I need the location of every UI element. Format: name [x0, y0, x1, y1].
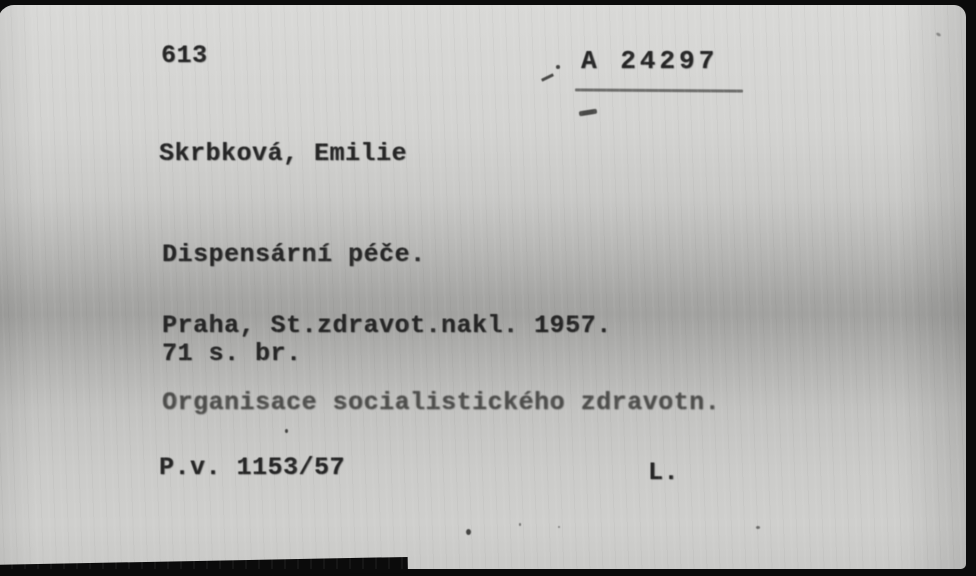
pencil-dash-mark [579, 109, 598, 117]
accession-underline [575, 88, 743, 92]
catalog-card: 613 A 24297 Skrbková, Emilie Dispensární… [0, 5, 966, 569]
scanner-background: 613 A 24297 Skrbková, Emilie Dispensární… [0, 0, 976, 576]
collation-line: 71 s. br. [162, 341, 302, 367]
cataloguer-mark: L. [648, 460, 679, 486]
paper-scratch-mark [936, 32, 942, 37]
publication-line: Praha, St.zdravot.nakl. 1957. [162, 313, 612, 339]
record-number: P.v. 1153/57 [159, 455, 345, 481]
ink-speck [556, 65, 560, 69]
title-line: Dispensární péče. [162, 242, 426, 268]
classification-number: 613 [161, 43, 208, 69]
ink-speck [466, 529, 471, 535]
accession-number: A 24297 [581, 48, 718, 75]
series-note-line: Organisace socialistického zdravotn. [162, 390, 720, 416]
pencil-tick-mark [541, 73, 554, 81]
scan-edge-shadow [0, 557, 408, 576]
ink-speck [285, 429, 288, 433]
ink-speck [756, 526, 760, 529]
author-line: Skrbková, Emilie [159, 141, 407, 167]
ink-speck [558, 526, 560, 528]
ink-speck [519, 523, 521, 526]
